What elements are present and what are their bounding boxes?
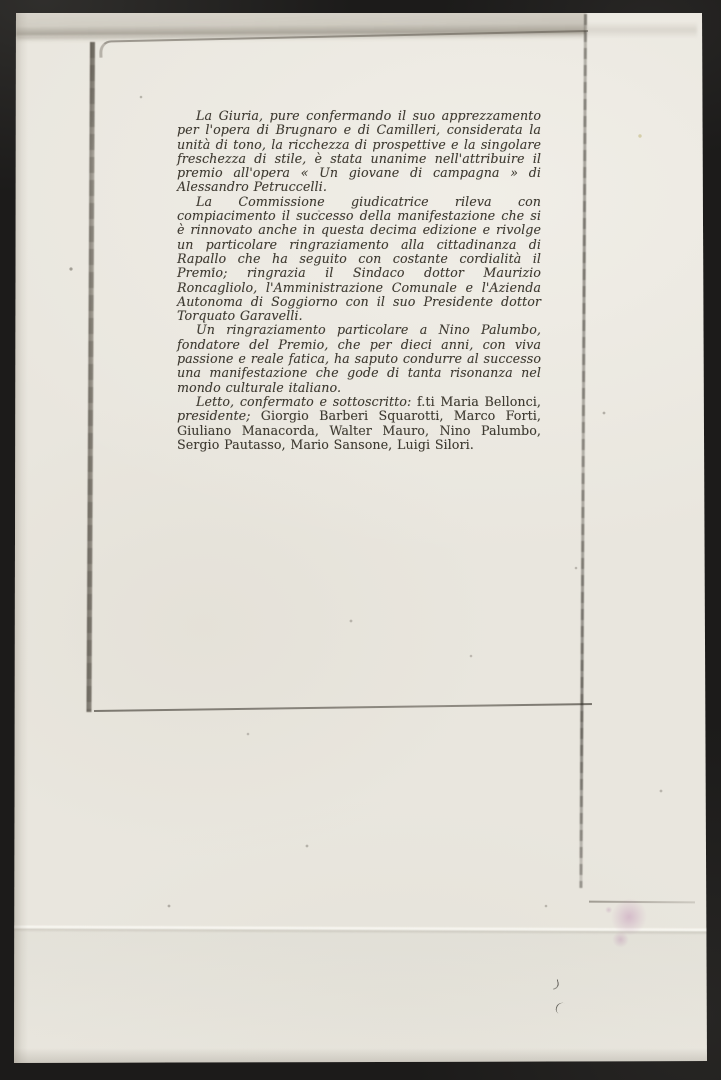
inner-sheet-left-edge [86, 42, 95, 712]
paragraph-thanks-founder: Un ringraziamento particolare a Nino Pal… [177, 323, 541, 394]
paper-left-edge-shadow [14, 13, 28, 1063]
paper-lower-tint [14, 931, 707, 1063]
paragraph-thanks-city: La Commissione giudicatrice rileva con c… [177, 195, 541, 324]
inner-sheet-right-edge [579, 14, 587, 888]
scanned-page: La Giuria, pure confermando il suo appre… [0, 0, 721, 1080]
inner-sheet-bottom-edge [94, 703, 592, 712]
signature-president-name: f.ti Maria Bellonci, [417, 394, 541, 409]
jury-report-text: La Giuria, pure confermando il suo appre… [177, 109, 541, 452]
paragraph-signatures: Letto, confermato e sottoscritto: f.ti M… [177, 395, 541, 452]
paper-specks [0, 0, 2, 2]
paragraph-verdict: La Giuria, pure confermando il suo appre… [177, 109, 541, 195]
scan-shadow-band-faint [585, 22, 697, 38]
paper-bottom-edge-shadow [14, 1048, 707, 1063]
signature-president-title: presidente; [177, 408, 261, 423]
signature-lead-in: Letto, confermato e sottoscritto: [196, 394, 417, 409]
scanner-background: La Giuria, pure confermando il suo appre… [0, 0, 721, 1080]
